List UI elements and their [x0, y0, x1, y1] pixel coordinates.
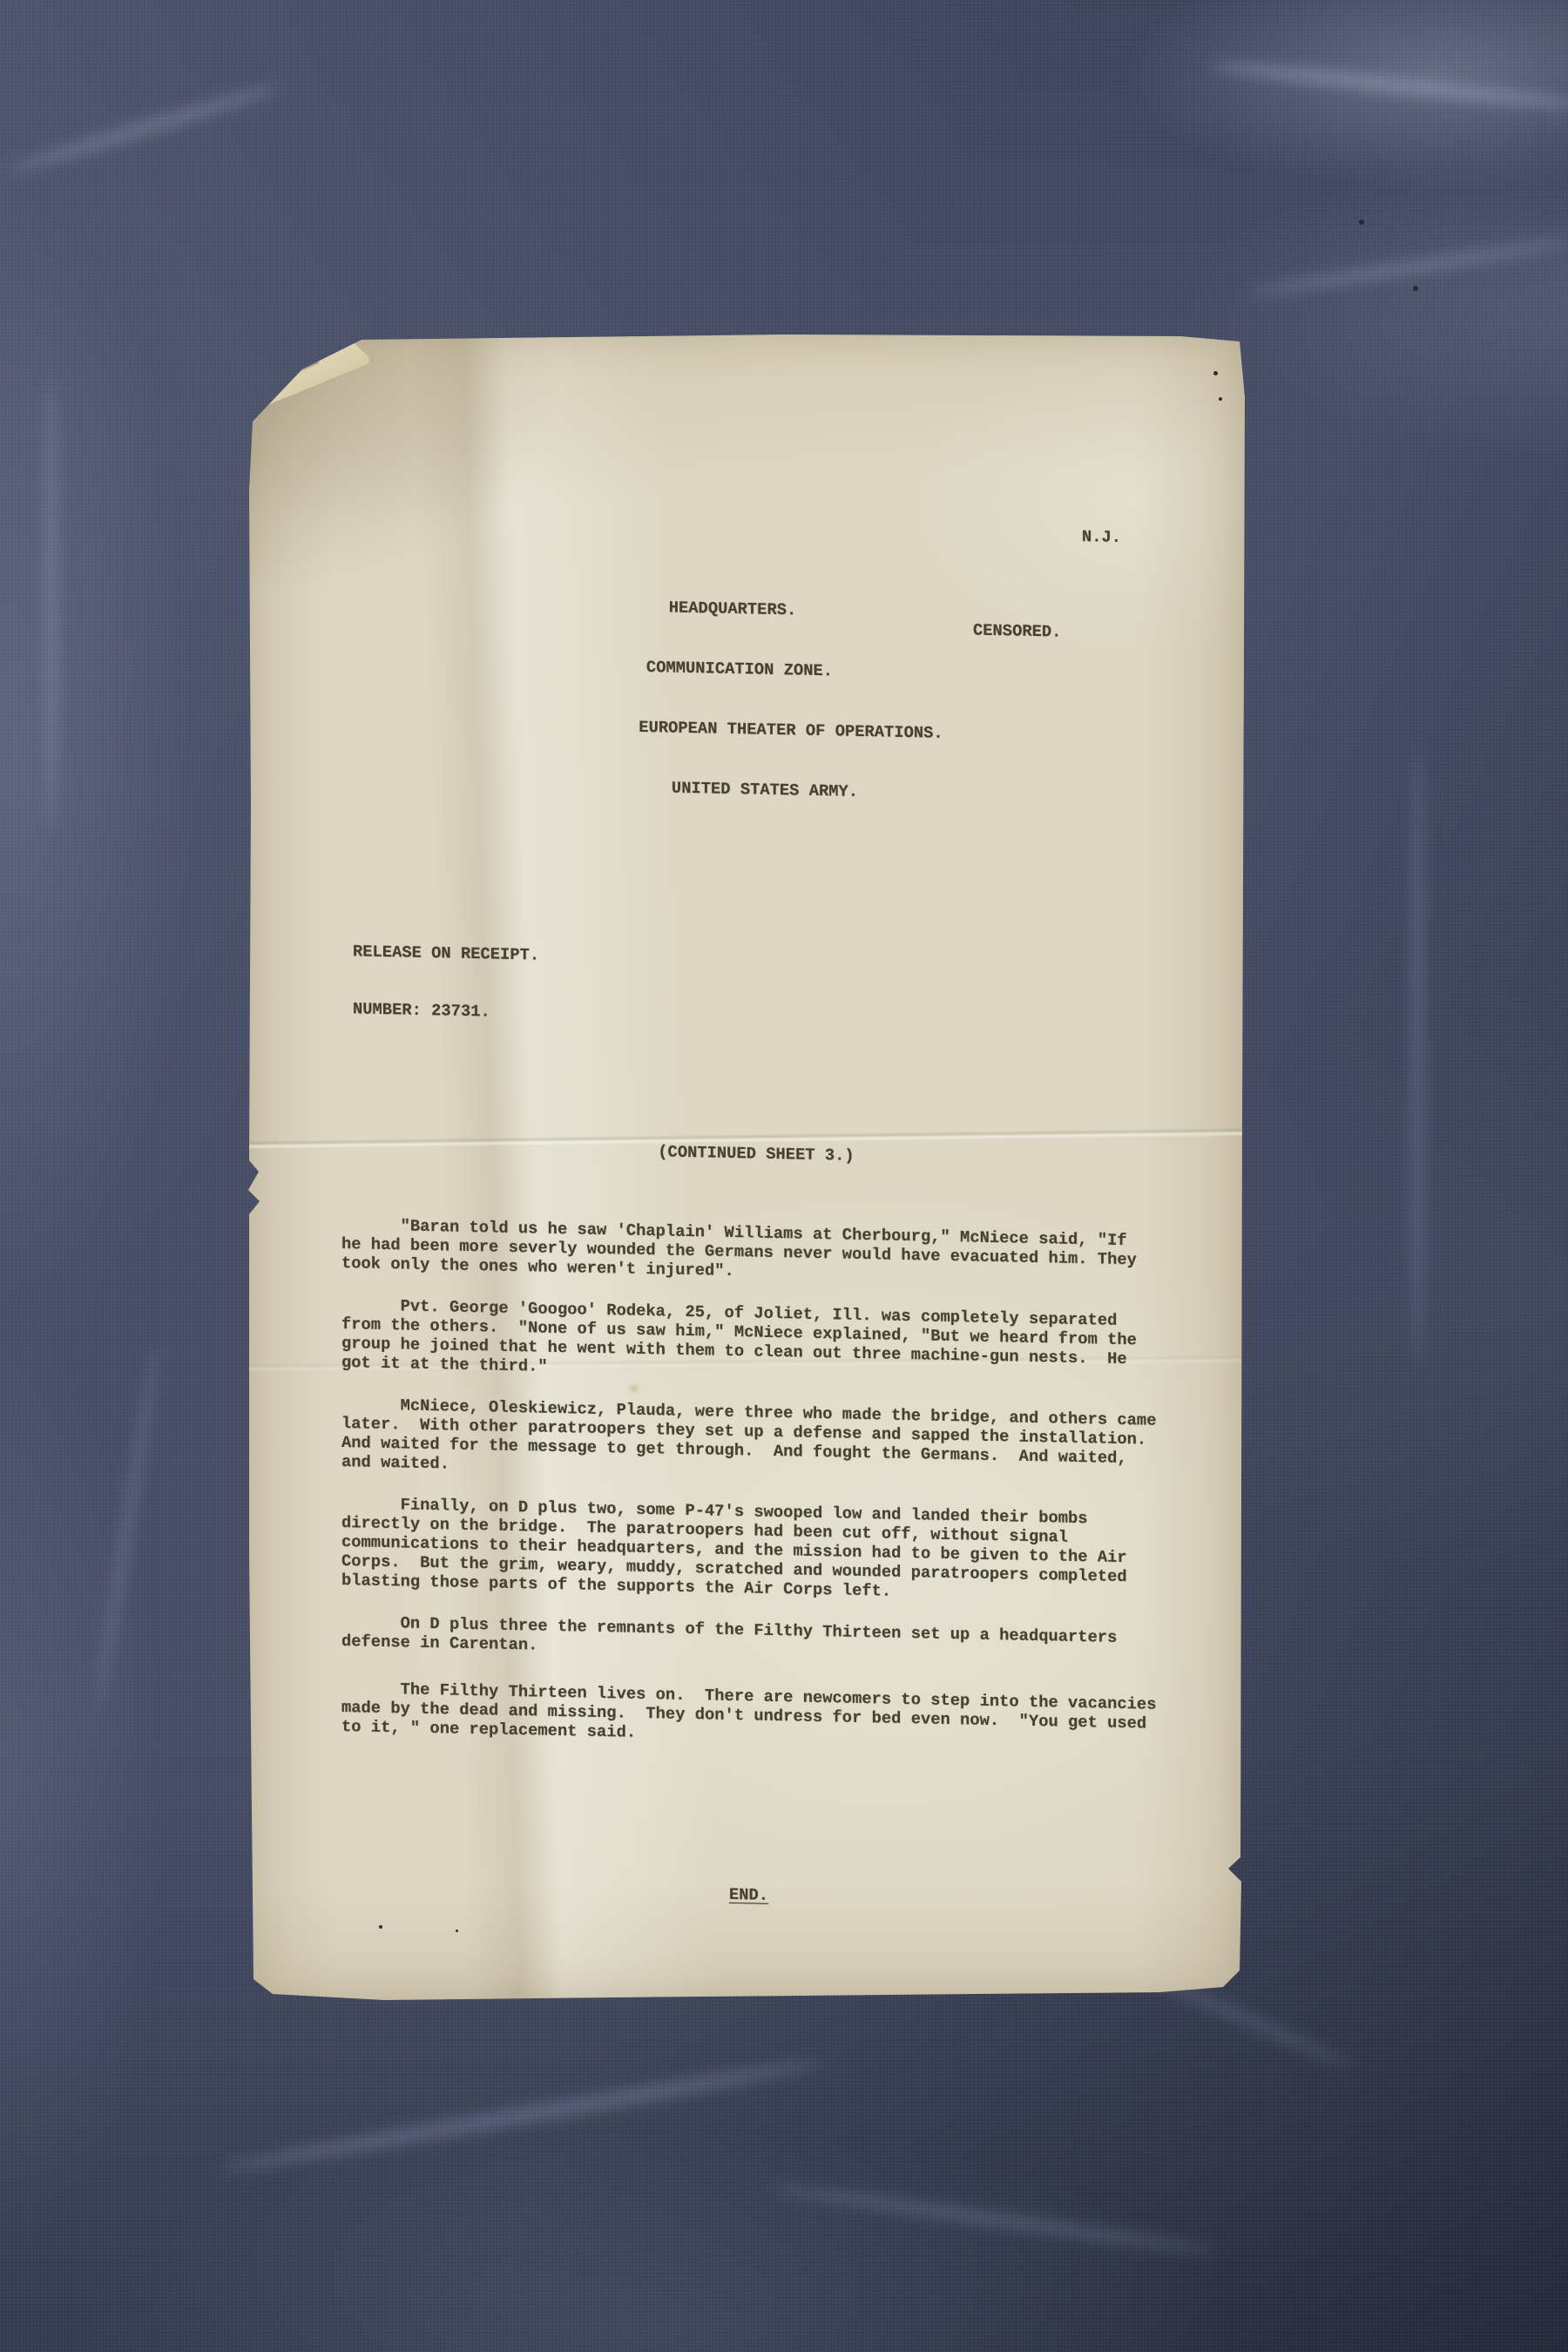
paragraph: The Filthy Thirteen lives on. There are …: [341, 1679, 1171, 1753]
paragraph: McNiece, Oleskiewicz, Plauda, were three…: [341, 1395, 1171, 1488]
fabric-wrinkle: [45, 375, 57, 828]
end-mark: END.: [729, 1885, 1171, 1913]
paper-speck: [1219, 397, 1222, 401]
paragraph: Pvt. George 'Googoo' Rodeka, 25, of Joli…: [341, 1295, 1171, 1389]
paper-speck: [1213, 371, 1218, 375]
censor-mark: CENSORED.: [973, 621, 1061, 642]
fabric-wrinkle: [1411, 740, 1424, 1368]
fabric-fleck: [1359, 220, 1364, 225]
document-paper: HEADQUARTERS. COMMUNICATION ZONE. EUROPE…: [247, 335, 1245, 2000]
release-number-line: NUMBER: 23731.: [353, 999, 1171, 1035]
letterhead-line: COMMUNICATION ZONE.: [325, 652, 1154, 688]
paragraphs: "Baran told us he saw 'Chaplain' William…: [341, 1215, 1171, 1753]
paragraph: On D plus three the remnants of the Filt…: [341, 1612, 1171, 1667]
continuation-note: (CONTINUED SHEET 3.): [341, 1136, 1171, 1172]
release-block: RELEASE ON RECEIPT. NUMBER: 23731.: [341, 903, 1171, 1073]
fabric-fleck: [1413, 286, 1418, 291]
letterhead-line: EUROPEAN THEATER OF OPERATIONS.: [376, 713, 1206, 749]
typewritten-text: HEADQUARTERS. COMMUNICATION ZONE. EUROPE…: [341, 505, 1171, 1951]
paragraph: "Baran told us he saw 'Chaplain' William…: [341, 1215, 1171, 1289]
letterhead-line: UNITED STATES ARMY.: [350, 772, 1179, 808]
region-code: N.J.: [1082, 527, 1121, 547]
release-line: RELEASE ON RECEIPT.: [353, 942, 1171, 977]
photo-scene: { "colors": { "fabric": "#474e66", "pape…: [0, 0, 1568, 2352]
letterhead: HEADQUARTERS. COMMUNICATION ZONE. EUROPE…: [341, 551, 1171, 848]
paragraph: Finally, on D plus two, some P-47's swoo…: [341, 1494, 1171, 1606]
